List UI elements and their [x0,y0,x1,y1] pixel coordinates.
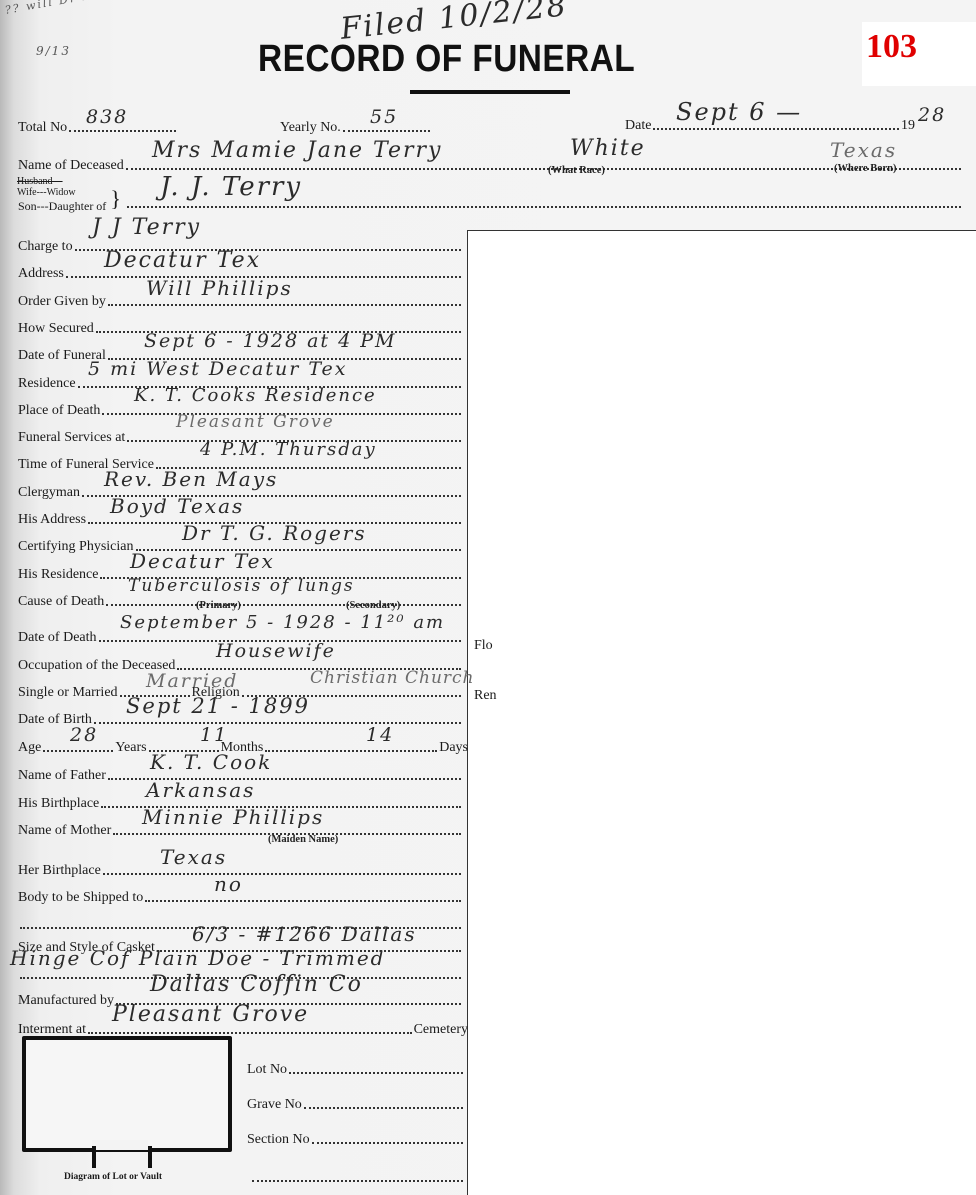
field-label: Body to be Shipped to [18,890,143,906]
field-label: Residence [18,376,76,392]
dotted-leader [69,129,176,132]
field-value[interactable]: K. T. Cooks Residence [134,385,377,406]
dotted-leader [43,749,113,752]
margin-note: ?? will Dr Rogers [4,0,134,17]
field-label: How Secured [18,321,94,337]
secondary-caption: (Secondary) [346,600,400,611]
maiden-caption: (Maiden Name) [268,834,338,845]
marital-label: Single or Married [18,685,118,701]
field-label: Charge to [18,239,73,255]
field-value[interactable]: Minnie Phillips [142,805,324,829]
grave-no-value[interactable] [304,1106,463,1109]
lot-diagram [22,1036,232,1152]
days-label: Days [439,740,468,756]
field-value[interactable]: Decatur Tex [104,248,261,273]
field-value[interactable]: Texas [160,845,227,869]
field-value[interactable]: 4 P.M. Thursday [200,439,377,460]
date-label: Date [625,118,651,134]
yearly-no-label: Yearly No. [280,120,341,136]
title-underline [410,90,570,94]
yearly-no-row: Yearly No. [280,110,432,136]
field-value[interactable]: no [214,872,243,896]
age-years[interactable]: 28 [70,724,98,746]
field-value[interactable]: Sept 6 - 1928 at 4 PM [144,330,396,352]
manufacturer-label: Manufactured by [18,993,114,1009]
dotted-leader [145,899,461,902]
total-no-value[interactable]: 838 [86,106,128,128]
year-value[interactable]: 28 [918,104,946,126]
birth-value[interactable]: Sept 21 - 1899 [126,694,310,718]
brace: } [110,186,121,212]
lot-no-row: Lot No [247,1052,465,1078]
field-value[interactable]: Boyd Texas [110,494,244,518]
side-panel-fragment-2: Ren [474,688,497,704]
dotted-leader [88,1031,412,1034]
relation-value[interactable]: J. J. Terry [160,172,302,202]
grave-no-row: Grave No [247,1087,465,1113]
dotted-leader [265,749,437,752]
field-label: His Residence [18,567,98,583]
date-value[interactable]: Sept 6 — [676,98,802,126]
lot-no-label: Lot No [247,1062,287,1078]
dotted-leader [127,205,961,208]
where-born-caption: (Where Born) [834,163,897,174]
years-label: Years [115,740,146,756]
race-caption: (What Race) [548,165,605,176]
side-panel [467,230,976,1195]
field-label: Cause of Death [18,594,104,610]
marital-value[interactable]: Married [146,670,238,692]
year-prefix: 19 [901,118,915,134]
interment-value[interactable]: Pleasant Grove [112,1002,309,1027]
deceased-race[interactable]: White [570,136,646,161]
casket-value[interactable]: 6/3 - #1266 Dallas [192,922,417,946]
diagram-caption: Diagram of Lot or Vault [64,1172,162,1182]
field-value[interactable]: Dr T. G. Rogers [182,521,367,545]
dotted-leader [103,872,461,875]
grave-no-label: Grave No [247,1097,302,1113]
field-value[interactable]: 5 mi West Decatur Tex [88,358,348,380]
yearly-no-value[interactable]: 55 [370,106,398,128]
dotted-leader [343,129,430,132]
diagram-entrance [92,1140,148,1150]
field-value[interactable]: September 5 - 1928 - 11²⁰ am [120,612,445,633]
margin-date: 9/13 [36,44,71,58]
field-value[interactable]: Tuberculosis of lungs [128,576,355,596]
side-panel-fragment-1: Flo [474,638,493,654]
casket-continuation[interactable]: Hinge Cof Plain Doe - Trimmed [10,946,385,970]
field-value[interactable]: Will Phillips [146,276,293,300]
field-label: His Address [18,512,86,528]
field-value[interactable]: Decatur Tex [130,549,275,573]
field-value[interactable]: J J Terry [92,215,201,240]
section-no-value[interactable] [312,1141,463,1144]
deceased-where-born[interactable]: Texas [830,138,897,162]
manufacturer-value[interactable]: Dallas Coffin Co [150,972,363,997]
dotted-leader [106,603,461,606]
deceased-label: Name of Deceased [18,158,124,174]
section-no-label: Section No [247,1132,310,1148]
cemetery-suffix: Cemetery [414,1022,468,1038]
field-label: Place of Death [18,403,100,419]
diagram-leg-right [148,1146,152,1168]
field-label: His Birthplace [18,796,99,812]
religion-value[interactable]: Christian Church [310,668,475,688]
document-title: RECORD OF FUNERAL [258,38,635,81]
diagram-leg-left [92,1146,96,1168]
field-value[interactable]: Pleasant Grove [176,412,335,432]
field-label: Certifying Physician [18,539,134,555]
field-label: Name of Mother [18,823,111,839]
field-value[interactable]: Housewife [216,640,336,662]
relation-daughter: Son---Daughter of [18,201,106,212]
field-label: Name of Father [18,768,106,784]
field-label: Address [18,266,64,282]
extra-lot-row [250,1160,465,1186]
total-no-label: Total No [18,120,67,136]
dotted-leader [108,303,461,306]
field-label: Her Birthplace [18,863,101,879]
dotted-leader [653,127,899,130]
field-value[interactable]: Rev. Ben Mays [104,467,278,491]
lot-no-value[interactable] [289,1071,463,1074]
age-months[interactable]: 11 [200,724,228,746]
section-no-row: Section No [247,1122,465,1148]
primary-caption: (Primary) [196,600,241,611]
field-label: Order Given by [18,294,106,310]
record-number: 103 [866,28,917,66]
deceased-name[interactable]: Mrs Mamie Jane Terry [152,138,442,163]
age-days[interactable]: 14 [366,724,394,746]
age-label: Age [18,740,41,756]
field-value[interactable]: K. T. Cook [150,750,272,774]
field-label: Date of Death [18,630,97,646]
field-label: Funeral Services at [18,430,125,446]
field-value[interactable]: Arkansas [146,778,255,802]
dotted-leader [94,721,461,724]
extra-lot-value[interactable] [252,1179,463,1182]
field-label: Clergyman [18,485,80,501]
